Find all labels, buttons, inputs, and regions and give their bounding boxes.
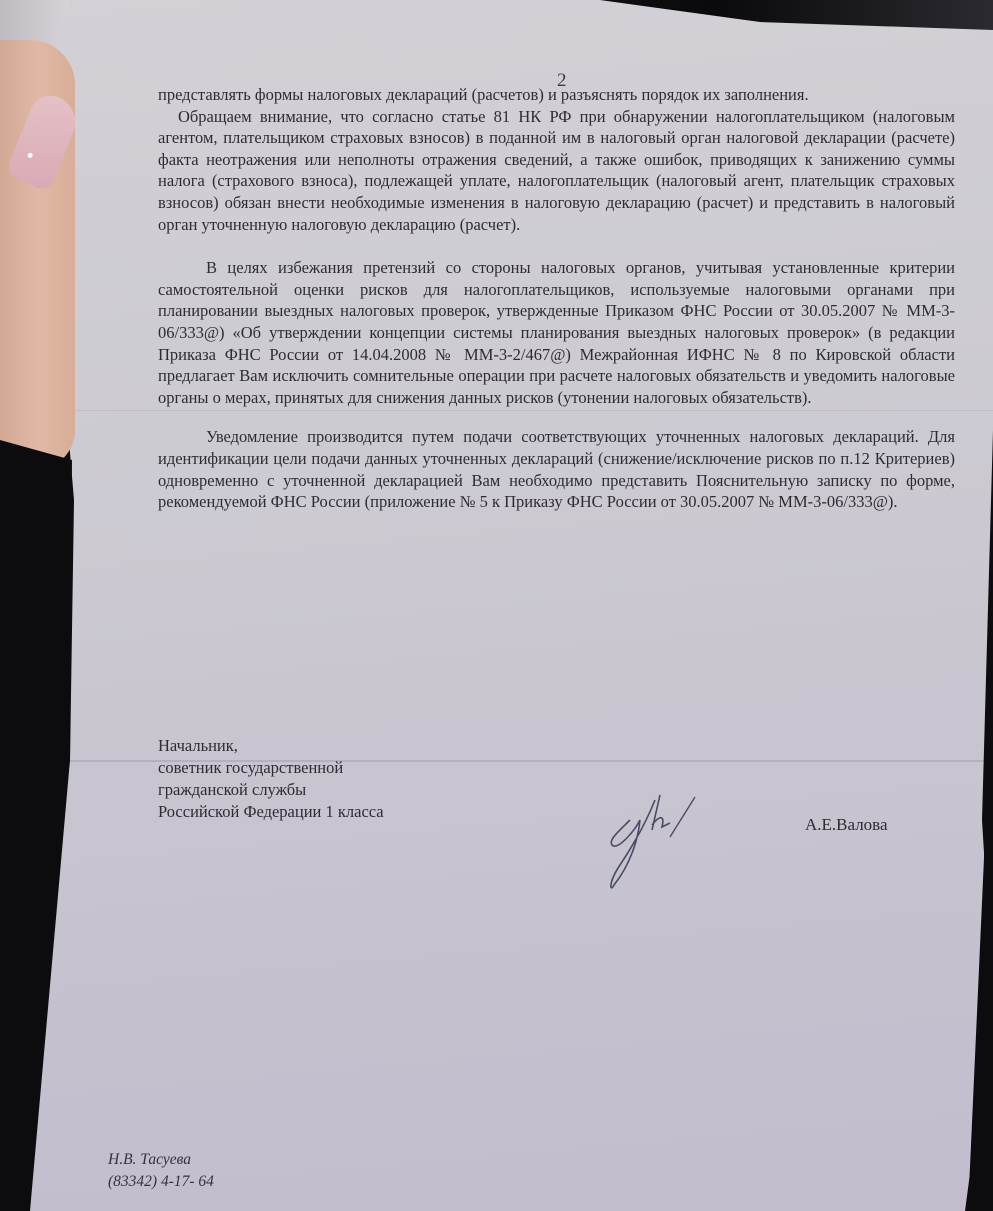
paragraph-continuation: представлять формы налоговых деклараций …	[158, 84, 955, 106]
paragraph-claims: В целях избежания претензий со стороны н…	[158, 257, 955, 408]
signatory-name: А.Е.Валова	[805, 815, 888, 835]
executor-phone: (83342) 4-17- 64	[108, 1171, 214, 1193]
hand-holding-paper	[0, 40, 75, 470]
executor-info: Н.В. Тасуева (83342) 4-17- 64	[108, 1149, 214, 1193]
signatory-line: Начальник,	[158, 735, 384, 757]
paragraph-notification: Уведомление производится путем подачи со…	[158, 426, 955, 512]
signatory-title: Начальник, советник государственной граж…	[158, 735, 384, 823]
fingernail	[5, 89, 84, 192]
signatory-line: гражданской службы	[158, 779, 384, 801]
signatory-line: Российской Федерации 1 класса	[158, 801, 384, 823]
paragraph-attention: Обращаем внимание, что согласно статье 8…	[158, 106, 955, 236]
handwritten-signature-icon	[600, 785, 720, 895]
spacer	[158, 408, 955, 426]
signatory-line: советник государственной	[158, 757, 384, 779]
letter-body: представлять формы налоговых деклараций …	[158, 84, 955, 513]
spacer	[158, 235, 955, 257]
executor-name: Н.В. Тасуева	[108, 1149, 214, 1171]
